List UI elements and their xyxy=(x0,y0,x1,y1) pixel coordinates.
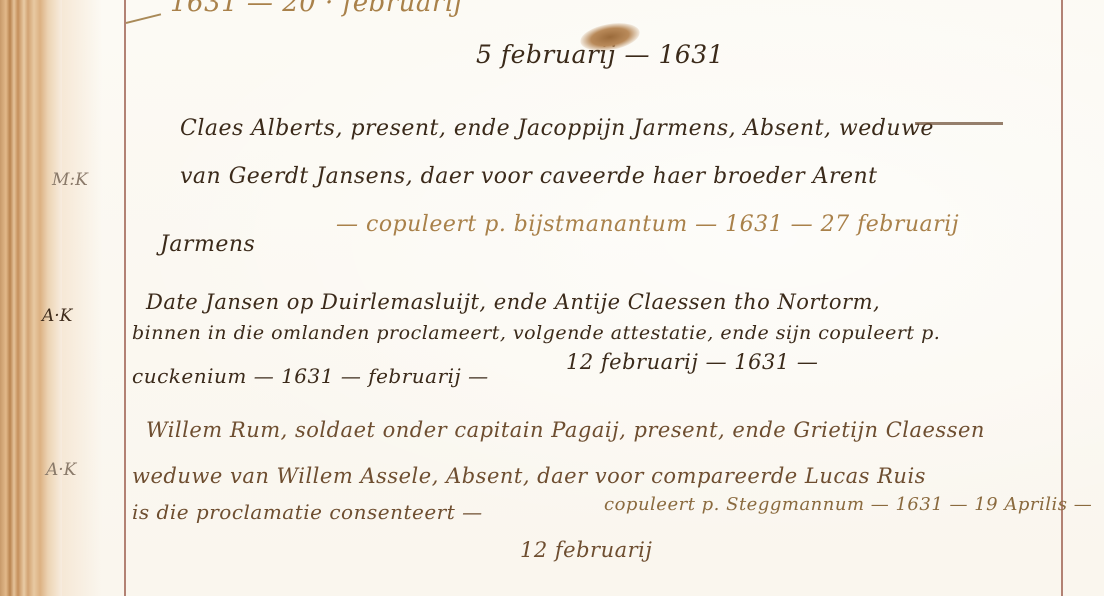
entry-2-line-2: binnen in die omlanden proclameert, volg… xyxy=(132,322,940,344)
entry-1-line-1: Claes Alberts, present, ende Jacoppijn J… xyxy=(180,116,934,141)
margin-note-1: M:K xyxy=(52,170,88,190)
entry-3-line-1: Willem Rum, soldaet onder capitain Pagai… xyxy=(146,418,985,442)
book-gutter xyxy=(0,0,62,596)
struck-word xyxy=(915,122,1003,125)
gutter-shadow xyxy=(62,0,102,596)
entry-3-line-3: is die proclamatie consenteert — xyxy=(132,500,483,524)
entry-1-marriage-annotation: — copuleert p. bijstmanantum — 1631 — 27… xyxy=(336,212,959,237)
manuscript-page: 1631 — 20 · februarij 5 februarij — 1631… xyxy=(0,0,1104,596)
entry-2-date-header: 12 februarij — 1631 — xyxy=(566,350,818,374)
margin-note-2: A·K xyxy=(42,306,72,326)
margin-note-3: A·K xyxy=(46,460,76,480)
top-stroke xyxy=(126,13,161,24)
top-fragment-date: 1631 — 20 · februarij xyxy=(170,0,462,18)
entry-3-line-2: weduwe van Willem Assele, Absent, daer v… xyxy=(132,464,926,488)
entry-1-line-2: van Geerdt Jansens, daer voor caveerde h… xyxy=(180,164,878,189)
footer-date: 12 februarij xyxy=(520,538,652,562)
left-margin-rule xyxy=(124,0,126,596)
entry-2-line-1: Date Jansen op Duirlemasluijt, ende Anti… xyxy=(146,290,880,314)
entry-1-line-3: Jarmens xyxy=(160,232,255,257)
entry-3-marriage-annotation: copuleert p. Steggmannum — 1631 — 19 Apr… xyxy=(604,494,1092,515)
entry-2-line-3: cuckenium — 1631 — februarij — xyxy=(132,364,489,388)
